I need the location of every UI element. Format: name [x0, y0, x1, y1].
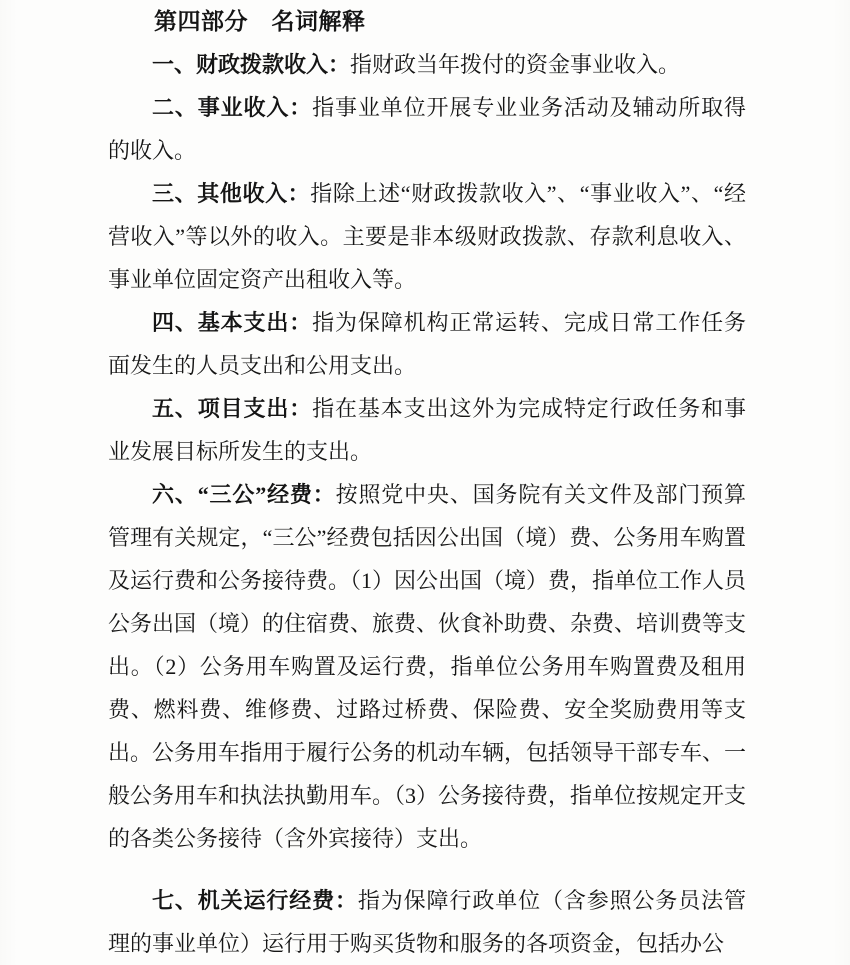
term-label: 一、财政拨款收入：: [152, 52, 350, 77]
term-label: 五、项目支出：: [152, 396, 312, 421]
term-definition: 指财政当年拨付的资金事业收入。: [350, 52, 680, 77]
term-definition: 按照党中央、国务院有关文件及部门预算管理有关规定，“三公”经费包括因公出国（境）…: [108, 482, 746, 851]
glossary-item-basic-expenditure: 四、基本支出：指为保障机构正常运转、完成日常工作任务面发生的人员支出和公用支出。: [108, 301, 746, 387]
glossary-item-three-public-funds: 六、“三公”经费：按照党中央、国务院有关文件及部门预算管理有关规定，“三公”经费…: [108, 473, 746, 860]
term-label: 七、机关运行经费：: [152, 888, 358, 913]
term-label: 四、基本支出：: [152, 310, 312, 335]
term-label: 三、其他收入：: [152, 181, 310, 206]
glossary-item-agency-operating-funds: 七、机关运行经费：指为保障行政单位（含参照公务员法管理的事业单位）运行用于购买货…: [108, 879, 746, 965]
term-label: 六、“三公”经费：: [152, 482, 336, 507]
glossary-item-other-income: 三、其他收入：指除上述“财政拨款收入”、“事业收入”、“经营收入”等以外的收入。…: [108, 172, 746, 301]
document-page: 第四部分 名词解释 一、财政拨款收入：指财政当年拨付的资金事业收入。 二、事业收…: [0, 0, 850, 965]
glossary-item-project-expenditure: 五、项目支出：指在基本支出这外为完成特定行政任务和事业发展目标所发生的支出。: [108, 387, 746, 473]
term-label: 二、事业收入：: [152, 95, 312, 120]
document-content: 第四部分 名词解释 一、财政拨款收入：指财政当年拨付的资金事业收入。 二、事业收…: [108, 1, 746, 965]
page-title: 第四部分 名词解释: [108, 1, 746, 43]
glossary-item-operating-income: 二、事业收入：指事业单位开展专业业务活动及辅动所取得的收入。: [108, 86, 746, 172]
glossary-item-fiscal-appropriation-income: 一、财政拨款收入：指财政当年拨付的资金事业收入。: [108, 43, 746, 86]
